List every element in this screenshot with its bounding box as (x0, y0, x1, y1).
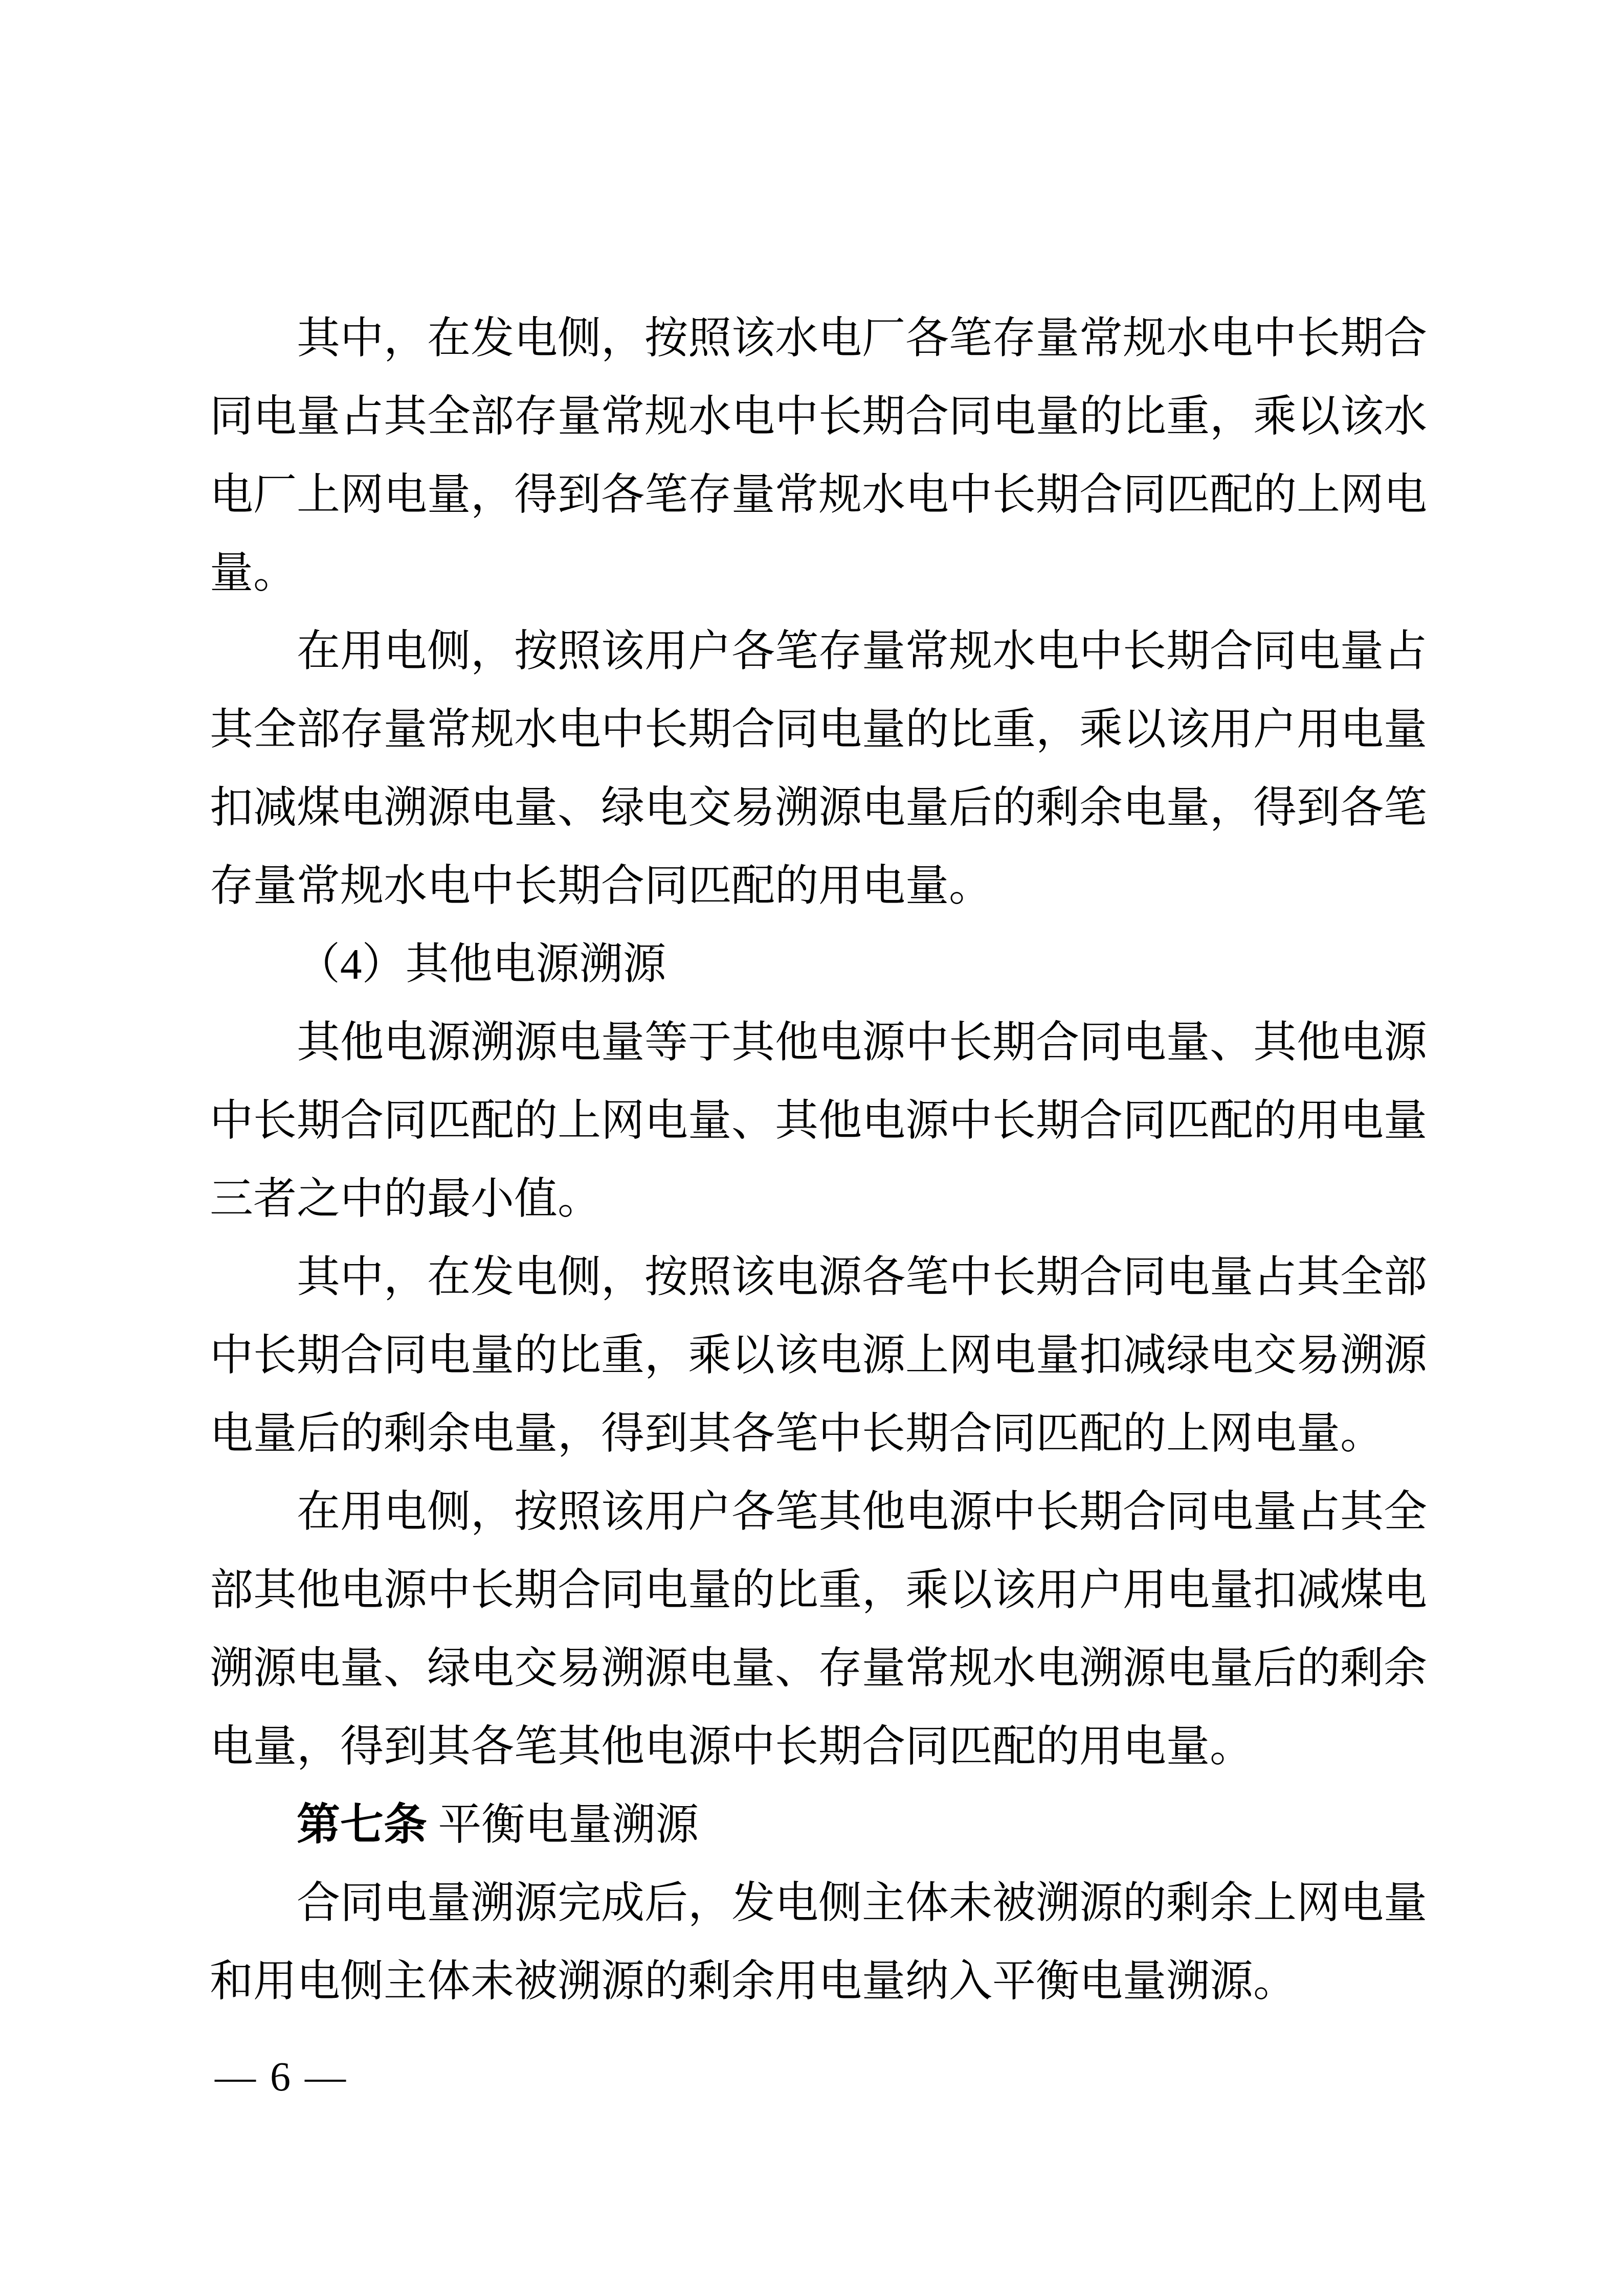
page-number: — 6 — (215, 2052, 348, 2103)
text-line: （4）其他电源溯源 (210, 926, 1427, 1004)
text-line: 其全部存量常规水电中长期合同电量的比重，乘以该用户用电量 (210, 691, 1427, 769)
text-line: 溯源电量、绿电交易溯源电量、存量常规水电溯源电量后的剩余 (210, 1630, 1427, 1708)
text-line: 电量后的剩余电量，得到其各笔中长期合同匹配的上网电量。 (210, 1395, 1427, 1473)
text-line: 其中，在发电侧，按照该水电厂各笔存量常规水电中长期合 (210, 300, 1427, 378)
text-line: 量。 (210, 534, 1427, 613)
text-line: 电量，得到其各笔其他电源中长期合同匹配的用电量。 (210, 1708, 1427, 1786)
document-page: 其中，在发电侧，按照该水电厂各笔存量常规水电中长期合同电量占其全部存量常规水电中… (0, 0, 1624, 2296)
article-number-label: 第七条 (297, 1801, 427, 1849)
text-line: 和用电侧主体未被溯源的剩余用电量纳入平衡电量溯源。 (210, 1943, 1427, 2021)
text-line: 其中，在发电侧，按照该电源各笔中长期合同电量占其全部 (210, 1239, 1427, 1317)
text-line: 中长期合同电量的比重，乘以该电源上网电量扣减绿电交易溯源 (210, 1317, 1427, 1395)
article-title-label: 平衡电量溯源 (427, 1801, 699, 1849)
text-line: 在用电侧，按照该用户各笔存量常规水电中长期合同电量占 (210, 613, 1427, 691)
text-line: 中长期合同匹配的上网电量、其他电源中长期合同匹配的用电量 (210, 1082, 1427, 1160)
text-line: 部其他电源中长期合同电量的比重，乘以该用户用电量扣减煤电 (210, 1551, 1427, 1630)
document-body: 其中，在发电侧，按照该水电厂各笔存量常规水电中长期合同电量占其全部存量常规水电中… (210, 300, 1427, 2021)
text-line: 在用电侧，按照该用户各笔其他电源中长期合同电量占其全 (210, 1473, 1427, 1551)
text-line: 合同电量溯源完成后，发电侧主体未被溯源的剩余上网电量 (210, 1864, 1427, 1943)
text-line: 其他电源溯源电量等于其他电源中长期合同电量、其他电源 (210, 1004, 1427, 1082)
text-line: 扣减煤电溯源电量、绿电交易溯源电量后的剩余电量，得到各笔 (210, 769, 1427, 847)
text-line: 存量常规水电中长期合同匹配的用电量。 (210, 847, 1427, 926)
text-line: 同电量占其全部存量常规水电中长期合同电量的比重，乘以该水 (210, 378, 1427, 456)
section-heading-line: 第七条 平衡电量溯源 (210, 1786, 1427, 1864)
text-line: 电厂上网电量，得到各笔存量常规水电中长期合同匹配的上网电 (210, 456, 1427, 534)
text-line: 三者之中的最小值。 (210, 1160, 1427, 1239)
